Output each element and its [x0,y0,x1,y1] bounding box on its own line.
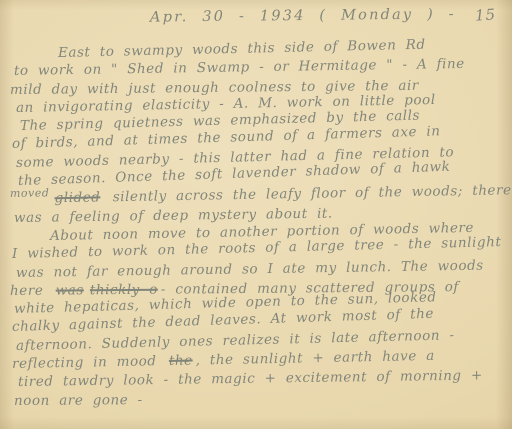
journal-text-segment: noon are gone - [14,392,143,409]
page-number: 15 [474,5,496,24]
journal-body: East to swampy woods this side of Bowen … [6,44,506,410]
inserted-text: moved [10,185,50,204]
date-heading: Apr. 30 - 1934 ( Monday ) - [150,6,456,25]
struck-text: glided [54,190,100,207]
journal-text-segment: reflecting in mood [12,353,166,372]
page-header: Apr. 30 - 1934 ( Monday ) - 15 [0,6,512,30]
journal-text-segment: tired tawdry look - the magic + exciteme… [18,368,483,390]
journal-text-segment: here [10,282,53,298]
journal-page: Apr. 30 - 1934 ( Monday ) - 15 East to s… [0,0,512,429]
journal-line: noon are gone - [14,388,506,410]
struck-text: the [169,353,193,369]
journal-text-segment: , the sunlight + earth have a [195,348,434,369]
struck-text: was [56,282,84,298]
